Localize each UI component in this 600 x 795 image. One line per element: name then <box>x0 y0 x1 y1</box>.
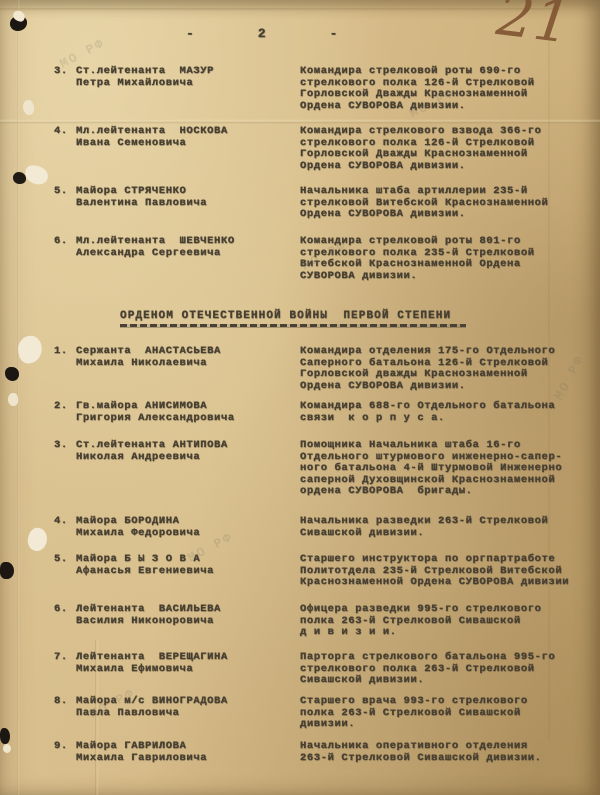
name-line: Михаила Николаевича <box>76 358 294 370</box>
position-line: Краснознаменной Ордена СУВОРОВА дивизии <box>300 577 600 589</box>
position-line: Начальника разведки 263-й Стрелковой <box>300 516 600 528</box>
paper-hole <box>0 728 10 744</box>
entry-number: 6. <box>54 236 68 248</box>
name-line: Сержанта АНАСТАСЬЕВА <box>76 346 294 358</box>
page-number: 2 <box>258 26 266 41</box>
paper-tear <box>3 744 11 753</box>
name-line: Майора БОРОДИНА <box>76 516 294 528</box>
paper-tear <box>24 164 50 186</box>
name-line: Афанасья Евгениевича <box>76 566 294 578</box>
position-line: Ордена СУВОРОВА дивизии. <box>300 209 600 221</box>
position-description: Командира отделения 175-го ОтдельногоСап… <box>300 346 600 392</box>
paper-hole <box>0 562 14 579</box>
page-header: - 2 - <box>186 26 338 41</box>
section-heading: ОРДЕНОМ ОТЕЧЕСТВЕННОЙ ВОЙНЫ ПЕРВОЙ СТЕПЕ… <box>120 310 480 322</box>
entry-number: 6. <box>54 604 68 616</box>
name-line: Майора СТРЯЧЕНКО <box>76 186 294 198</box>
position-line: СУВОРОВА дивизии. <box>300 271 600 283</box>
position-line: Ордена СУВОРОВА дивизии. <box>300 161 600 173</box>
name-line: Майора Б Ы З О В А <box>76 554 294 566</box>
recipient-name: Майора Б Ы З О В ААфанасья Евгениевича <box>76 554 294 577</box>
name-line: Александра Сергеевича <box>76 248 294 260</box>
crease <box>0 119 600 124</box>
entry-number: 4. <box>54 126 68 138</box>
position-line: дивизии. <box>300 719 600 731</box>
position-description: Старшего врача 993-го стрелковогополка 2… <box>300 696 600 731</box>
position-description: Начальника разведки 263-й СтрелковойСива… <box>300 516 600 539</box>
name-line: Ст.лейтенанта МАЗУР <box>76 66 294 78</box>
position-description: Начальника штаба артиллерии 235-йстрелко… <box>300 186 600 221</box>
page-header-dash: - <box>186 26 194 41</box>
position-description: Командира 688-го Отдельного батальонасвя… <box>300 401 600 424</box>
position-line: Парторга стрелкового батальона 995-го <box>300 652 600 664</box>
paper-tear <box>15 334 44 365</box>
position-line: д и в и з и и. <box>300 627 600 639</box>
name-line: Ивана Семеновича <box>76 138 294 150</box>
entry-number: 5. <box>54 554 68 566</box>
name-line: Мл.лейтенанта НОСКОВА <box>76 126 294 138</box>
entry-number: 9. <box>54 741 68 753</box>
position-line: Командира стрелкового взвода 366-го <box>300 126 600 138</box>
recipient-name: Мл.лейтенанта НОСКОВАИвана Семеновича <box>76 126 294 149</box>
name-line: Михаила Ефимовича <box>76 664 294 676</box>
position-line: Начальника оперативного отделения <box>300 741 600 753</box>
recipient-name: Сержанта АНАСТАСЬЕВАМихаила Николаевича <box>76 346 294 369</box>
position-description: Командира стрелкового взвода 366-гострел… <box>300 126 600 172</box>
name-line: Василия Никоноровича <box>76 616 294 628</box>
name-line: Лейтенанта ВЕРЕЩАГИНА <box>76 652 294 664</box>
position-line: Старшего врача 993-го стрелкового <box>300 696 600 708</box>
entry-number: 1. <box>54 346 68 358</box>
paper-hole <box>5 367 19 381</box>
entry-number: 7. <box>54 652 68 664</box>
recipient-name: Лейтенанта ВЕРЕЩАГИНАМихаила Ефимовича <box>76 652 294 675</box>
position-description: Помощника Начальника штаба 16-гоОтдельно… <box>300 440 600 498</box>
recipient-name: Гв.майора АНИСИМОВАГригория Александрови… <box>76 401 294 424</box>
position-line: Начальника штаба артиллерии 235-й <box>300 186 600 198</box>
name-line: Лейтенанта ВАСИЛЬЕВА <box>76 604 294 616</box>
position-description: Старшего инструктора по оргпартработеПол… <box>300 554 600 589</box>
position-line: Командира стрелковой роты 690-го <box>300 66 600 78</box>
recipient-name: Мл.лейтенанта ШЕВЧЕНКОАлександра Сергеев… <box>76 236 294 259</box>
name-line: Гв.майора АНИСИМОВА <box>76 401 294 413</box>
position-line: Помощника Начальника штаба 16-го <box>300 440 600 452</box>
name-line: Валентина Павловича <box>76 198 294 210</box>
position-line: Старшего инструктора по оргпартработе <box>300 554 600 566</box>
name-line: Мл.лейтенанта ШЕВЧЕНКО <box>76 236 294 248</box>
position-line: Офицера разведки 995-го стрелкового <box>300 604 600 616</box>
position-description: Начальника оперативного отделения263-й С… <box>300 741 600 764</box>
entry-number: 4. <box>54 516 68 528</box>
position-line: Командира 688-го Отдельного батальона <box>300 401 600 413</box>
paper-hole <box>13 172 26 184</box>
name-line: Ст.лейтенанта АНТИПОВА <box>76 440 294 452</box>
entry-number: 3. <box>54 440 68 452</box>
name-line: Петра Михайловича <box>76 78 294 90</box>
recipient-name: Лейтенанта ВАСИЛЬЕВАВасилия Никоноровича <box>76 604 294 627</box>
name-line: Григория Александровича <box>76 413 294 425</box>
scanned-document: - 2 - 3.Ст.лейтенанта МАЗУРПетра Михайло… <box>0 0 600 795</box>
name-line: Михаила Федоровича <box>76 528 294 540</box>
name-line: Майора ГАВРИЛОВА <box>76 741 294 753</box>
crease <box>0 8 560 11</box>
entry-number: 2. <box>54 401 68 413</box>
recipient-name: Майора БОРОДИНАМихаила Федоровича <box>76 516 294 539</box>
position-line: Сивашской дивизии. <box>300 675 600 687</box>
entry-number: 5. <box>54 186 68 198</box>
paper-tear <box>21 99 36 116</box>
document-page: - 2 - 3.Ст.лейтенанта МАЗУРПетра Михайло… <box>0 0 600 795</box>
position-description: Офицера разведки 995-го стрелковогополка… <box>300 604 600 639</box>
position-line: связи к о р п у с а. <box>300 413 600 425</box>
name-line: Михаила Гавриловича <box>76 753 294 765</box>
position-description: Парторга стрелкового батальона 995-гостр… <box>300 652 600 687</box>
paper-tear <box>8 393 18 406</box>
recipient-name: Майора ГАВРИЛОВАМихаила Гавриловича <box>76 741 294 764</box>
position-line: ордена СУВОРОВА бригады. <box>300 486 600 498</box>
recipient-name: Майора СТРЯЧЕНКОВалентина Павловича <box>76 186 294 209</box>
section-heading-underline <box>120 324 466 327</box>
section-heading-wrap: ОРДЕНОМ ОТЕЧЕСТВЕННОЙ ВОЙНЫ ПЕРВОЙ СТЕПЕ… <box>120 310 480 327</box>
recipient-name: Ст.лейтенанта МАЗУРПетра Михайловича <box>76 66 294 89</box>
page-header-dash: - <box>330 26 338 41</box>
position-line: Командира отделения 175-го Отдельного <box>300 346 600 358</box>
position-line: 263-й Стрелковой Сивашской дивизии. <box>300 753 600 765</box>
entry-number: 8. <box>54 696 68 708</box>
position-line: Сивашской дивизии. <box>300 528 600 540</box>
name-line: Николая Андреевича <box>76 452 294 464</box>
recipient-name: Ст.лейтенанта АНТИПОВАНиколая Андреевича <box>76 440 294 463</box>
paper-tear <box>25 526 50 554</box>
